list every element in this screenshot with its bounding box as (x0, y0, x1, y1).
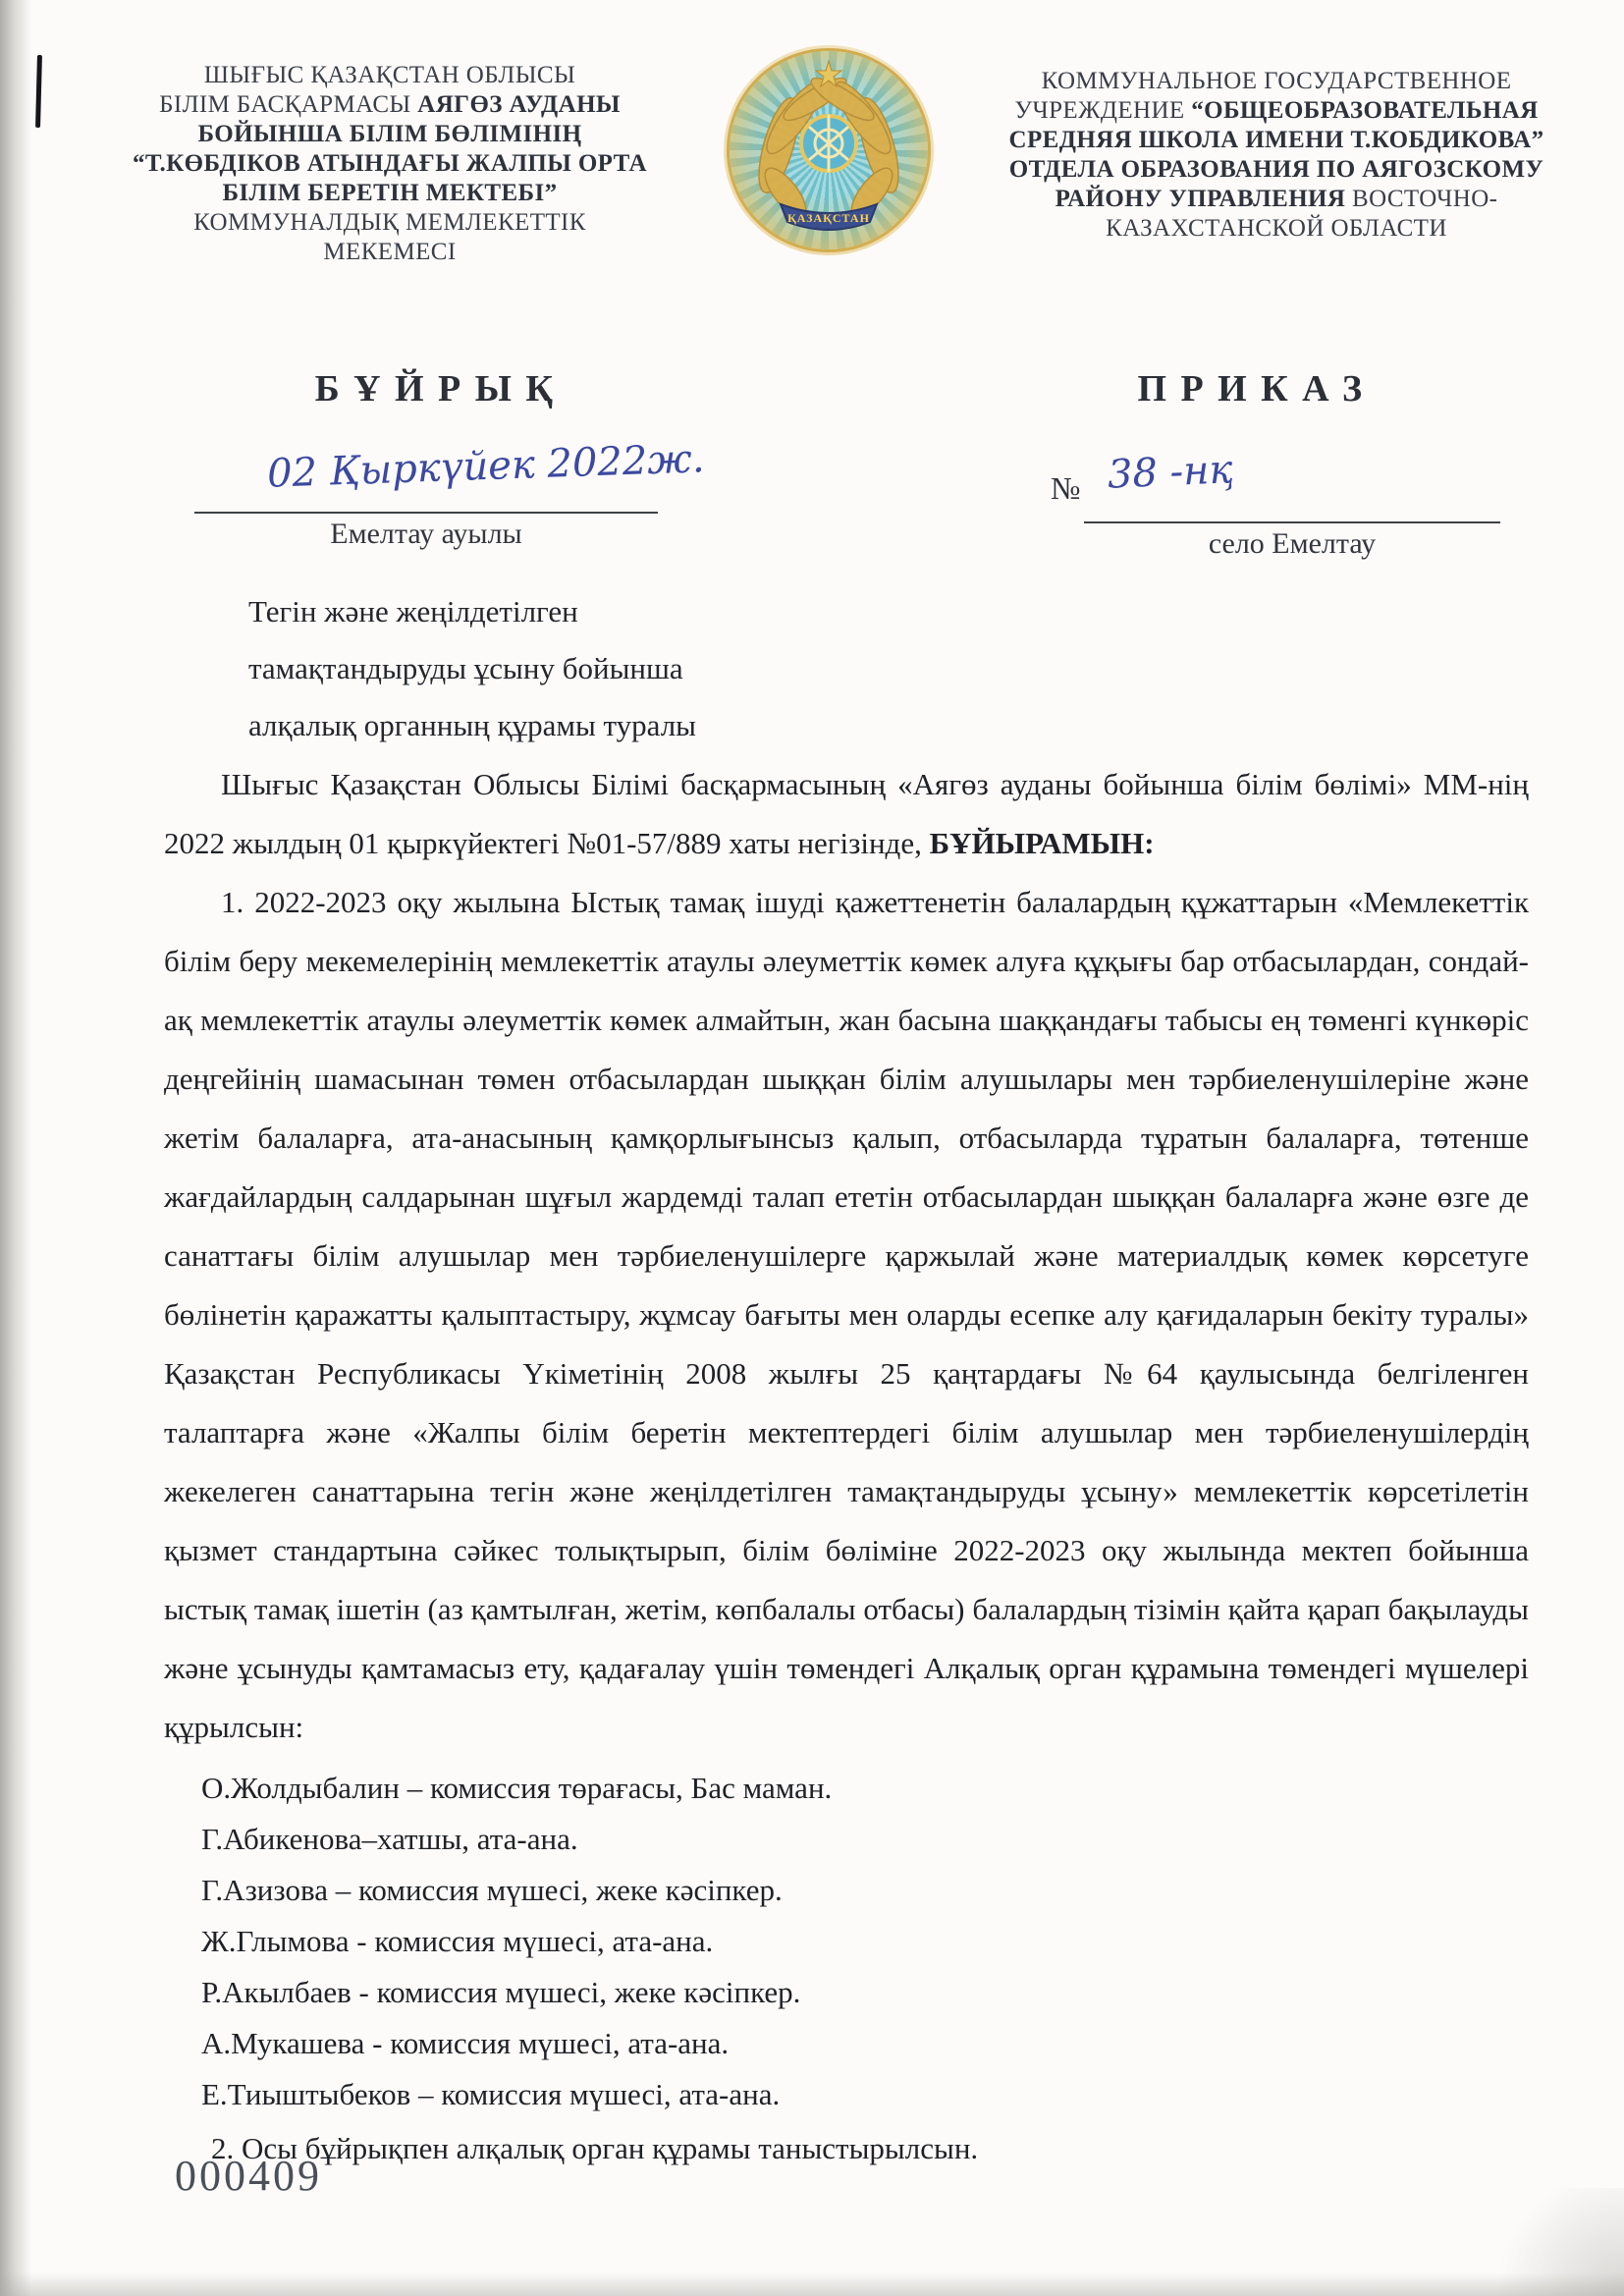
scanned-order-page: ШЫҒЫС ҚАЗАҚСТАН ОБЛЫСЫ БІЛІМ БАСҚАРМАСЫ … (0, 0, 1624, 2296)
letterhead-line: “Т.КӨБДІКОВ АТЫНДАҒЫ ЖАЛПЫ ОРТА (101, 149, 678, 179)
place-kazakh: Емелтау ауылы (194, 518, 658, 551)
item-1-paragraph: 1. 2022-2023 оқу жылына Ыстық тамақ ішуд… (164, 873, 1529, 1757)
letterhead-line: СРЕДНЯЯ ШКОЛА ИМЕНИ Т.КОБДИКОВА” (975, 126, 1578, 155)
scan-edge-bottom (0, 2272, 1624, 2296)
letterhead-line: БІЛІМ БЕРЕТІН МЕКТЕБІ” (101, 179, 678, 208)
kazakhstan-coat-of-arms-icon: ҚАЗАҚСТАН (724, 45, 934, 255)
subject-line: тамақтандыруды ұсыну бойынша (248, 640, 877, 697)
commission-member: А.Мукашева - комиссия мүшесі, ата-ана. (201, 2018, 1529, 2069)
letterhead-line: КАЗАХСТАНСКОЙ ОБЛАСТИ (975, 214, 1578, 244)
item-2-line: 2. Осы бұйрықпен алқалық орган құрамы та… (211, 2120, 1529, 2174)
letterhead-line: КОММУНАЛДЫҚ МЕМЛЕКЕТТІК (101, 208, 678, 238)
scan-corner-shadow (1477, 2188, 1624, 2296)
order-title-kazakh: БҰЙРЫҚ (165, 367, 717, 410)
number-label: № (1051, 470, 1081, 507)
subject-line: Тегін және жеңілдетілген (248, 583, 877, 640)
letterhead-line: БІЛІМ БАСҚАРМАСЫ АЯГӨЗ АУДАНЫ (101, 90, 678, 120)
letterhead-line: БОЙЫНША БІЛІМ БӨЛІМІНІҢ (101, 120, 678, 149)
letterhead-russian: КОММУНАЛЬНОЕ ГОСУДАРСТВЕННОЕ УЧРЕЖДЕНИЕ … (975, 67, 1578, 244)
commission-member: Г.Абикенова–хатшы, ата-ана. (201, 1814, 1529, 1865)
page-number-stamp: 000409 (175, 2151, 322, 2201)
scan-edge-left (0, 0, 31, 2296)
letterhead-line: ШЫҒЫС ҚАЗАҚСТАН ОБЛЫСЫ (101, 61, 678, 90)
order-subject: Тегін және жеңілдетілген тамақтандыруды … (248, 583, 877, 754)
commission-member: Ж.Глымова - комиссия мүшесі, ата-ана. (201, 1916, 1529, 1967)
letterhead-line: КОММУНАЛЬНОЕ ГОСУДАРСТВЕННОЕ (975, 67, 1578, 96)
pen-mark (35, 55, 42, 128)
commission-member: Г.Азизова – комиссия мүшесі, жеке кәсіпк… (201, 1865, 1529, 1916)
letterhead-line: УЧРЕЖДЕНИЕ “ОБЩЕОБРАЗОВАТЕЛЬНАЯ (975, 96, 1578, 126)
date-underline (194, 512, 658, 514)
order-verb: БҰЙЫРАМЫН: (930, 826, 1155, 860)
commission-members-list: О.Жолдыбалин – комиссия төрағасы, Бас ма… (201, 1763, 1529, 2120)
subject-line: алқалық органның құрамы туралы (248, 697, 877, 754)
emblem-ornaments: ҚАЗАҚСТАН (724, 45, 934, 255)
commission-member: Р.Акылбаев - комиссия мүшесі, жеке кәсіп… (201, 1967, 1529, 2018)
emblem-banner-text: ҚАЗАҚСТАН (787, 211, 870, 225)
letterhead-line: МЕКЕМЕСІ (101, 238, 678, 267)
order-body: Шығыс Қазақстан Облысы Білімі басқармасы… (164, 755, 1529, 2174)
letterhead-line: РАЙОНУ УПРАВЛЕНИЯ ВОСТОЧНО- (975, 185, 1578, 214)
number-underline (1084, 521, 1500, 523)
commission-member: Е.Тиыштыбеков – комиссия мүшесі, ата-ана… (201, 2069, 1529, 2120)
letterhead-kazakh: ШЫҒЫС ҚАЗАҚСТАН ОБЛЫСЫ БІЛІМ БАСҚАРМАСЫ … (101, 61, 678, 267)
order-title-russian: ПРИКАЗ (977, 367, 1537, 410)
handwritten-number: 38 -нқ (1107, 447, 1234, 498)
intro-paragraph: Шығыс Қазақстан Облысы Білімі басқармасы… (164, 755, 1529, 873)
handwritten-date: 02 Қыркүйек 2022ж. (266, 436, 705, 497)
letterhead-line: ОТДЕЛА ОБРАЗОВАНИЯ ПО АЯГОЗСКОМУ (975, 155, 1578, 185)
commission-member: О.Жолдыбалин – комиссия төрағасы, Бас ма… (201, 1763, 1529, 1814)
place-russian: село Емелтау (1084, 527, 1500, 561)
